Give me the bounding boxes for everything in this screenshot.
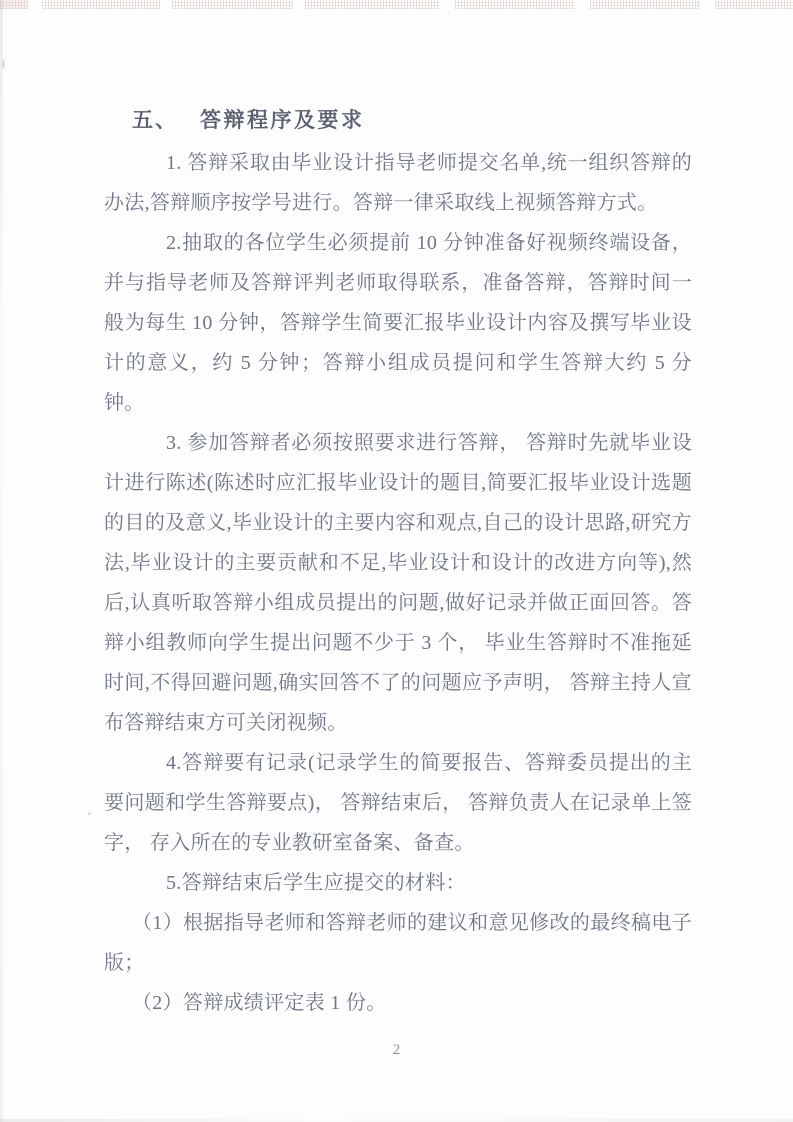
scan-speck: [2, 60, 5, 68]
scan-artifact-top: [172, 0, 293, 9]
section-title: 答辩程序及要求: [200, 108, 365, 132]
paragraph: （1）根据指导老师和答辩老师的建议和意见修改的最终稿电子版；: [104, 903, 692, 983]
section-number: 五、: [132, 108, 178, 132]
scanned-document-page: 五、答辩程序及要求 1. 答辩采取由毕业设计指导老师提交名单,统一组织答辩的办法…: [0, 0, 793, 1122]
page-number: 2: [0, 1040, 793, 1060]
scan-artifact-top: [455, 0, 575, 9]
scan-artifact-top: [590, 0, 700, 9]
paragraph: 5.答辩结束后学生应提交的材料：: [104, 863, 692, 903]
scan-speck: [88, 812, 91, 815]
scan-artifact-top: [42, 0, 160, 9]
paragraph: 2.抽取的各位学生必须提前 10 分钟准备好视频终端设备，并与指导老师及答辩评判…: [104, 223, 692, 423]
scan-artifact-top: [0, 0, 28, 9]
document-content: 五、答辩程序及要求 1. 答辩采取由毕业设计指导老师提交名单,统一组织答辩的办法…: [104, 100, 692, 1023]
section-heading: 五、答辩程序及要求: [132, 100, 692, 140]
paragraph: 4.答辩要有记录(记录学生的简要报告、答辩委员提出的主要问题和学生答辩要点)， …: [104, 743, 692, 863]
scan-artifact-top: [305, 0, 440, 9]
scan-artifact-top: [715, 0, 793, 9]
paragraph: 1. 答辩采取由毕业设计指导老师提交名单,统一组织答辩的办法,答辩顺序按学号进行…: [104, 143, 692, 223]
paragraph-list: 1. 答辩采取由毕业设计指导老师提交名单,统一组织答辩的办法,答辩顺序按学号进行…: [104, 143, 692, 1023]
scan-artifact-left-edge: [0, 0, 3, 1122]
paragraph: （2）答辩成绩评定表 1 份。: [104, 983, 692, 1023]
paragraph: 3. 参加答辩者必须按照要求进行答辩， 答辩时先就毕业设计进行陈述(陈述时应汇报…: [104, 423, 692, 743]
